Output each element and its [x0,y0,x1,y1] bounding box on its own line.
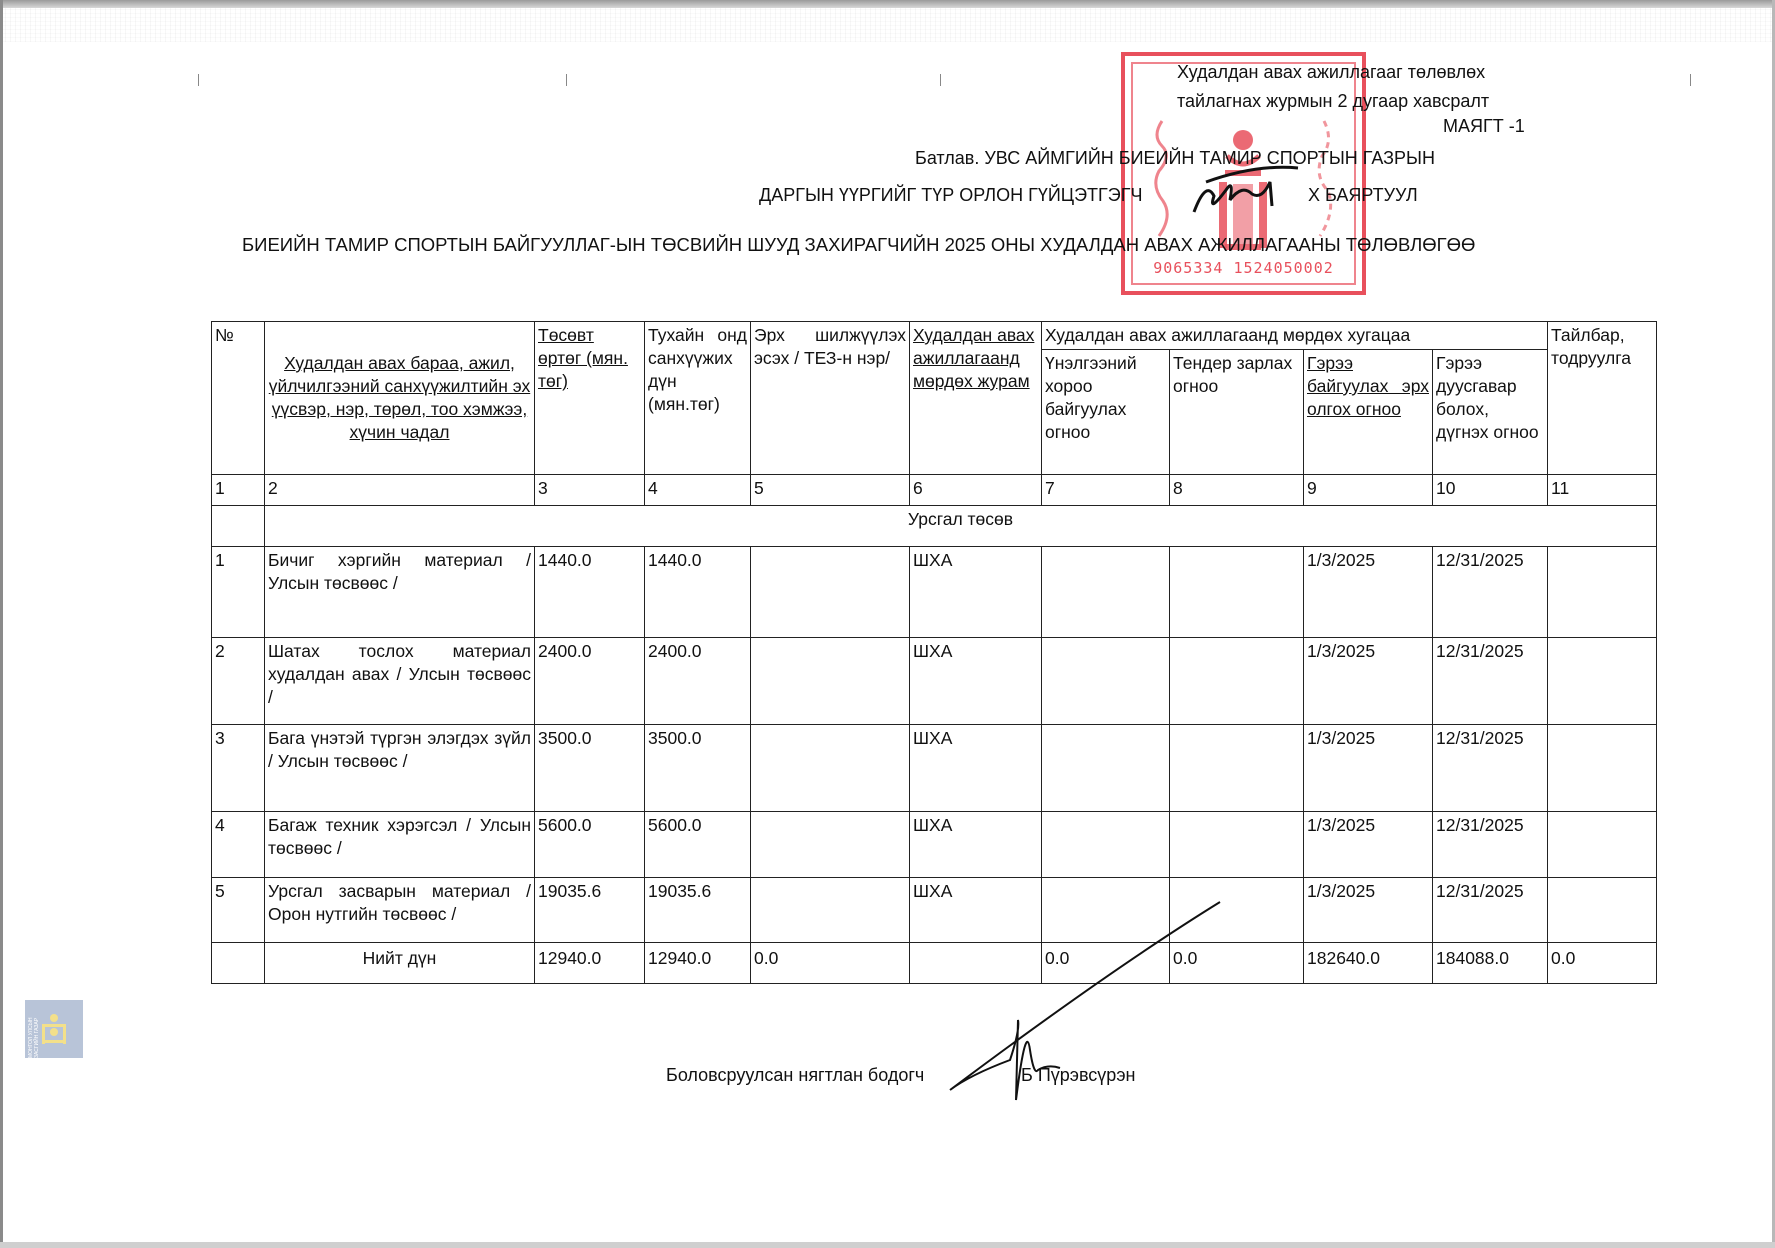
row-procedure: ШХА [910,812,1042,878]
row-committee-date [1042,812,1170,878]
column-number: 2 [265,475,535,506]
column-number: 6 [910,475,1042,506]
column-number: 1 [212,475,265,506]
scan-noise [0,8,1775,42]
total-delegation: 0.0 [751,943,910,984]
row-notes [1548,812,1657,878]
row-tender-date [1170,812,1304,878]
punch-mark [566,74,567,86]
total-notes: 0.0 [1548,943,1657,984]
scan-edge-top [0,0,1775,8]
section-blank [212,506,265,547]
table-row: 1 Бичиг хэргийн материал / Улсын төсвөөс… [212,547,1657,638]
row-committee-date [1042,638,1170,725]
total-contract-end-date: 184088.0 [1433,943,1548,984]
row-notes [1548,878,1657,943]
row-tender-date [1170,638,1304,725]
row-estimated-cost: 2400.0 [535,638,645,725]
row-year-funding: 3500.0 [645,725,751,812]
form-code: МАЯГТ -1 [1443,116,1525,137]
table-row: 3 Бага үнэтэй түргэн элэгдэх зүйл / Улсы… [212,725,1657,812]
header-item: Худалдан авах бараа, ажил, үйлчилгээний … [265,322,535,475]
row-no: 4 [212,812,265,878]
header-tender-date: Тендер зарлах огноо [1170,350,1304,475]
header-procedure: Худалдан авах ажиллагаанд мөрдөх журам [910,322,1042,475]
row-year-funding: 2400.0 [645,638,751,725]
total-blank [212,943,265,984]
header-timeline-group: Худалдан авах ажиллагаанд мөрдөх хугацаа [1042,322,1548,350]
row-tender-date [1170,547,1304,638]
annex-line-1: Худалдан авах ажиллагааг төлөвлөх [1177,62,1485,83]
row-procedure: ШХА [910,638,1042,725]
row-item: Шатах тослох материал худалдан авах / Ул… [265,638,535,725]
punch-mark [198,74,199,86]
column-number: 11 [1548,475,1657,506]
row-delegation [751,638,910,725]
row-estimated-cost: 19035.6 [535,878,645,943]
header-no: № [212,322,265,475]
row-notes [1548,638,1657,725]
row-delegation [751,812,910,878]
header-estimated-cost-text: Төсөвт өртөг (мян. төг) [538,325,628,391]
row-item: Урсгал засварын материал / Орон нутгийн … [265,878,535,943]
prepared-by-name: Б Пүрэвсүрэн [1021,1065,1135,1086]
row-year-funding: 5600.0 [645,812,751,878]
column-number: 8 [1170,475,1304,506]
approver-name: Х БАЯРТУУЛ [1308,185,1418,206]
punch-mark [940,74,941,86]
row-contract-right-date: 1/3/2025 [1304,725,1433,812]
total-label: Нийт дүн [265,943,535,984]
header-year-funding: Тухайн онд санхүүжих дүн (мян.төг) [645,322,751,475]
row-contract-end-date: 12/31/2025 [1433,638,1548,725]
row-contract-right-date: 1/3/2025 [1304,812,1433,878]
row-contract-end-date: 12/31/2025 [1433,725,1548,812]
document-title: БИЕИЙН ТАМИР СПОРТЫН БАЙГУУЛЛАГ-ЫН ТӨСВИ… [242,234,1475,256]
header-committee-date: Үнэлгээний хороо байгуулах огноо [1042,350,1170,475]
section-row: Урсгал төсөв [212,506,1657,547]
total-contract-right-date: 182640.0 [1304,943,1433,984]
table-header-row: № Худалдан авах бараа, ажил, үйлчилгээни… [212,322,1657,350]
row-contract-end-date: 12/31/2025 [1433,878,1548,943]
header-notes: Тайлбар, тодруулга [1548,322,1657,475]
header-contract-right-date-text: Гэрээ байгуулах эрх олгох огноо [1307,353,1429,419]
stamp-registration-numbers: 9065334 1524050002 [1125,259,1362,277]
scan-edge-left [0,0,3,1248]
row-committee-date [1042,547,1170,638]
row-procedure: ШХА [910,725,1042,812]
column-number: 10 [1433,475,1548,506]
row-contract-end-date: 12/31/2025 [1433,812,1548,878]
row-committee-date [1042,725,1170,812]
row-estimated-cost: 5600.0 [535,812,645,878]
row-contract-end-date: 12/31/2025 [1433,547,1548,638]
row-item: Бичиг хэргийн материал / Улсын төсвөөс / [265,547,535,638]
row-delegation [751,725,910,812]
row-no: 1 [212,547,265,638]
column-number: 5 [751,475,910,506]
header-contract-end-date: Гэрээ дуусгавар болох, дүгнэх огноо [1433,350,1548,475]
soyombo-logo-icon [40,1012,68,1046]
column-number-row: 1 2 3 4 5 6 7 8 9 10 11 [212,475,1657,506]
section-label: Урсгал төсөв [265,506,1657,547]
row-procedure: ШХА [910,547,1042,638]
column-number: 3 [535,475,645,506]
approver-signature [1186,160,1306,220]
row-tender-date [1170,725,1304,812]
row-estimated-cost: 1440.0 [535,547,645,638]
column-number: 7 [1042,475,1170,506]
row-delegation [751,547,910,638]
procurement-plan-table: № Худалдан авах бараа, ажил, үйлчилгээни… [211,321,1657,984]
logo-text: МОНГОЛ УЛСЫН ЗАСГИЙН ГАЗАР [28,1004,40,1058]
total-year-funding: 12940.0 [645,943,751,984]
table-row: 4 Багаж техник хэрэгсэл / Улсын төсвөөс … [212,812,1657,878]
punch-mark [1690,74,1691,86]
header-delegation: Эрх шилжүүлэх эсэх / ТЕЗ-н нэр/ [751,322,910,475]
row-delegation [751,878,910,943]
row-year-funding: 19035.6 [645,878,751,943]
prepared-by-label: Боловсруулсан нягтлан бодогч [666,1065,924,1086]
approval-line-2: ДАРГЫН ҮҮРГИЙГ ТҮР ОРЛОН ГҮЙЦЭТГЭГЧ [759,185,1142,206]
header-procedure-text: Худалдан авах ажиллагаанд мөрдөх журам [913,325,1034,391]
header-item-text: Худалдан авах бараа, ажил, үйлчилгээний … [269,353,530,442]
row-no: 2 [212,638,265,725]
government-logo-badge: МОНГОЛ УЛСЫН ЗАСГИЙН ГАЗАР [25,1000,83,1058]
row-estimated-cost: 3500.0 [535,725,645,812]
row-item: Багаж техник хэрэгсэл / Улсын төсвөөс / [265,812,535,878]
header-contract-right-date: Гэрээ байгуулах эрх олгох огноо [1304,350,1433,475]
row-contract-right-date: 1/3/2025 [1304,638,1433,725]
row-item: Бага үнэтэй түргэн элэгдэх зүйл / Улсын … [265,725,535,812]
header-estimated-cost: Төсөвт өртөг (мян. төг) [535,322,645,475]
row-contract-right-date: 1/3/2025 [1304,547,1433,638]
row-no: 5 [212,878,265,943]
row-notes [1548,547,1657,638]
scan-edge-bottom [0,1242,1775,1248]
row-no: 3 [212,725,265,812]
row-contract-right-date: 1/3/2025 [1304,878,1433,943]
column-number: 4 [645,475,751,506]
row-notes [1548,725,1657,812]
column-number: 9 [1304,475,1433,506]
row-year-funding: 1440.0 [645,547,751,638]
total-estimated-cost: 12940.0 [535,943,645,984]
table-row: 2 Шатах тослох материал худалдан авах / … [212,638,1657,725]
approval-line-1: Батлав. УВС АЙМГИЙН БИЕИЙН ТАМИР СПОРТЫН… [915,148,1435,169]
annex-line-2: тайлагнах журмын 2 дугаар хавсралт [1177,91,1489,112]
